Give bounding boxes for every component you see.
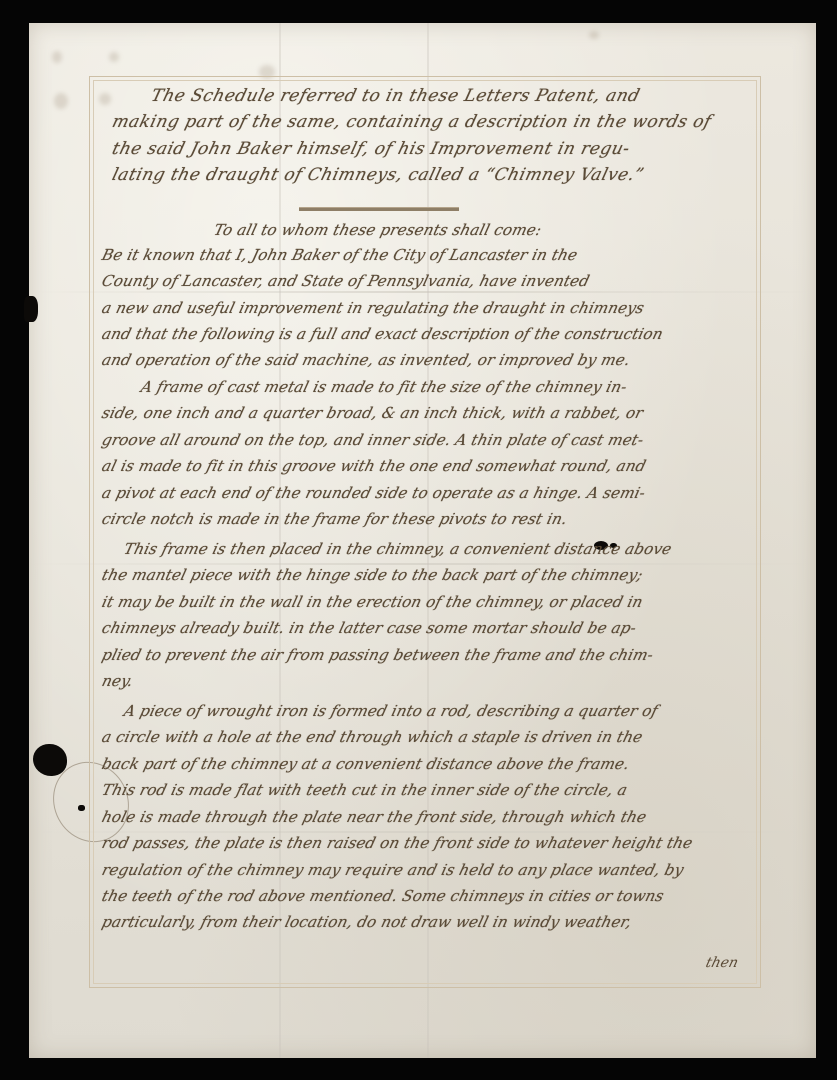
heading-line: The Schedule referred to in these Letter… (149, 86, 642, 106)
body-line: and operation of the said machine, as in… (100, 351, 632, 369)
foxing-spot (52, 51, 62, 63)
body-line: County of Lancaster, and State of Pennsy… (100, 272, 591, 290)
foxing-spot (109, 52, 119, 62)
heading-line: the said John Baker himself, of his Impr… (110, 139, 632, 159)
body-line: al is made to fit in this groove with th… (100, 457, 648, 475)
body-line: circle notch is made in the frame for th… (100, 510, 569, 528)
body-line: plied to prevent the air from passing be… (100, 646, 655, 664)
seal-hole (33, 744, 67, 776)
heading-line: making part of the same, containing a de… (110, 112, 713, 132)
body-line: A frame of cast metal is made to fit the… (139, 378, 629, 396)
body-line: side, one inch and a quarter broad, & an… (100, 404, 645, 422)
salutation: To all to whom these presents shall come… (212, 221, 543, 239)
body-line: back part of the chimney at a convenient… (100, 755, 631, 773)
body-line: the teeth of the rod above mentioned. So… (100, 887, 666, 905)
foxing-spot (54, 93, 68, 109)
body-line: ney. (100, 672, 135, 690)
foxing-spot (589, 31, 599, 39)
body-line: a new and useful improvement in regulati… (100, 299, 646, 317)
body-line: a pivot at each end of the rounded side … (100, 484, 647, 502)
paper-tear (24, 296, 38, 322)
seal-hole-fragment (78, 805, 85, 811)
body-line: A piece of wrought iron is formed into a… (122, 702, 660, 720)
heading-line: lating the draught of Chimneys, called a… (110, 165, 646, 185)
body-line: the mantel piece with the hinge side to … (100, 566, 645, 584)
body-line: and that the following is a full and exa… (100, 325, 665, 343)
body-line: This frame is then placed in the chimney… (122, 540, 674, 558)
body-line: rod passes, the plate is then raised on … (100, 834, 695, 852)
body-line: particularly, from their location, do no… (100, 913, 634, 931)
body-line: it may be built in the wall in the erect… (100, 593, 645, 611)
body-line: groove all around on the top, and inner … (100, 431, 646, 449)
body-line: a circle with a hole at the end through … (100, 728, 645, 746)
body-line: regulation of the chimney may require an… (100, 861, 686, 879)
heading-separator-rule (299, 207, 459, 211)
body-line: hole is made through the plate near the … (100, 808, 649, 826)
body-line: chimneys already built. in the latter ca… (100, 619, 638, 637)
catchword: then (704, 955, 740, 971)
body-line: This rod is made flat with teeth cut in … (100, 781, 629, 799)
body-line: Be it known that I, John Baker of the Ci… (100, 246, 580, 264)
